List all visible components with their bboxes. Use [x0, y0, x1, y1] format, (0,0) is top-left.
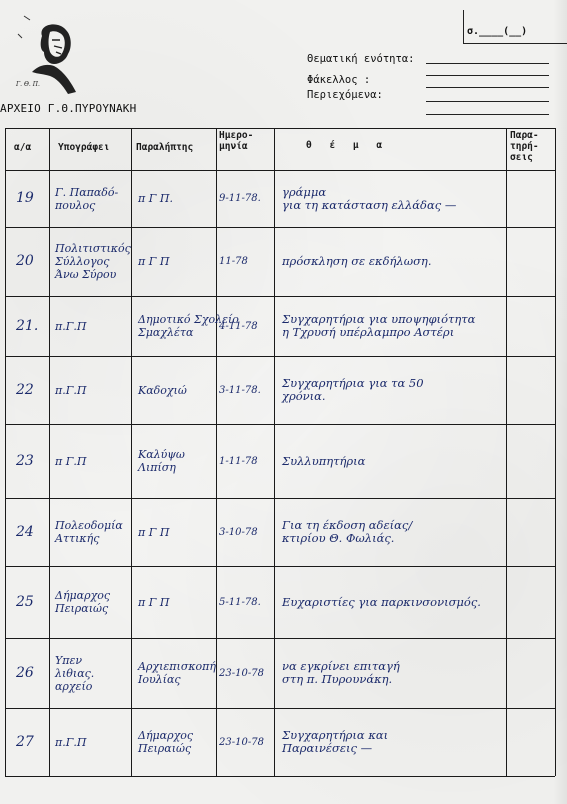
date-cell: 11-78 [219, 255, 248, 268]
table-row[interactable] [5, 708, 555, 776]
date-cell: 1-11-78 [219, 455, 258, 468]
column-header-signatory: Υπογράφει [58, 142, 109, 153]
column-header-aa: α/α [14, 142, 31, 153]
recipient-cell: π Γ Π [138, 255, 169, 268]
recipient-cell: ΑρχιεπισκοπήΙουλίας [138, 660, 216, 686]
thematic-unit-label: Θεματική ενότητα: [307, 53, 414, 65]
subject-cell: Συλλυπητήρια [282, 455, 365, 468]
subject-cell: Συγχαρητήρια για τα 50χρόνια. [282, 377, 424, 403]
table-rule [5, 128, 555, 129]
row-number: 20 [16, 255, 34, 268]
date-cell: 4-11-78 [219, 320, 258, 333]
column-header-recipient: Παραλήπτης [136, 142, 193, 153]
date-cell: 9-11-78. [219, 192, 261, 205]
subject-cell: πρόσκληση σε εκδήλωση. [282, 255, 431, 268]
archive-title: ΑΡΧΕΙΟ Γ.Θ.ΠΥΡΟΥΝΑΚΗ [0, 102, 136, 115]
blank-line [426, 114, 549, 115]
date-cell: 3-11-78. [219, 384, 261, 397]
subject-cell: να εγκρίνει επιταγήστη π. Πυρουνάκη. [282, 660, 400, 686]
signatory-cell: π.Γ.Π [55, 384, 86, 397]
row-number: 27 [16, 736, 34, 749]
signatory-cell: π Γ.Π [55, 455, 86, 468]
date-cell: 23-10-78 [219, 736, 264, 749]
recipient-cell: ΔήμαρχοςΠειραιώς [138, 729, 193, 755]
column-header-remarks: Παρα- τηρή- σεις [510, 130, 539, 163]
recipient-cell: π Γ Π [138, 526, 169, 539]
signatory-cell: ΠολεοδομίαΑττικής [55, 519, 123, 545]
signatory-cell: ΔήμαρχοςΠειραιώς [55, 589, 110, 615]
row-number: 26 [16, 667, 34, 680]
thematic-unit-field[interactable] [426, 63, 549, 64]
row-number: 22 [16, 384, 34, 397]
signatory-cell: π.Γ.Π [55, 736, 86, 749]
recipient-cell: Καδοχιώ [138, 384, 187, 397]
subject-cell: Για τη έκδοση αδείας/κτιρίου Θ. Φωλιάς. [282, 519, 412, 545]
recipient-cell: ΚαλύψωΛιπίση [138, 448, 185, 474]
date-cell: 3-10-78 [219, 526, 258, 539]
row-number: 24 [16, 526, 34, 539]
signatory-cell: Υπενλιθιας.αρχείο [55, 654, 94, 693]
recipient-cell: π Γ Π [138, 596, 169, 609]
subject-cell: Ευχαριστίες για παρκινσονισμός. [282, 596, 481, 609]
table-row[interactable] [5, 424, 555, 498]
folder-label: Φάκελλος : [307, 74, 370, 86]
folder-field[interactable] [426, 87, 549, 88]
row-number: 21. [16, 320, 38, 333]
subject-cell: Συγχαρητήρια καιΠαραινέσεις — [282, 729, 388, 755]
row-number: 25 [16, 596, 34, 609]
date-cell: 5-11-78. [219, 596, 261, 609]
contents-field[interactable] [426, 101, 549, 102]
shelf-mark: σ.____(__) [467, 26, 527, 37]
date-cell: 23-10-78 [219, 667, 264, 680]
column-header-subject: θ έ μ α [306, 140, 388, 151]
blank-line [426, 75, 549, 76]
contents-label: Περιεχόμενα: [307, 89, 383, 101]
svg-text:Γ. Θ. Π.: Γ. Θ. Π. [15, 81, 40, 88]
signatory-cell: Γ. Παπαδό-πουλος [55, 186, 118, 212]
table-rule [5, 776, 555, 777]
row-number: 23 [16, 455, 34, 468]
recipient-cell: π Γ Π. [138, 192, 173, 205]
subject-cell: γράμμαγια τη κατάσταση ελλάδας — [282, 186, 456, 212]
signatory-cell: π.Γ.Π [55, 320, 86, 333]
column-divider [555, 128, 556, 776]
portrait-sketch-icon: Γ. Θ. Π. [14, 14, 84, 94]
signatory-cell: ΠολιτιστικόςΣύλλογοςΆνω Σύρου [55, 242, 131, 281]
table-row[interactable] [5, 356, 555, 424]
row-number: 19 [16, 192, 34, 205]
subject-cell: Συγχαρητήρια για υποψηφιότηταη Τχρυσή υπ… [282, 313, 475, 339]
column-header-date: Ημερο- μηνία [219, 130, 253, 152]
